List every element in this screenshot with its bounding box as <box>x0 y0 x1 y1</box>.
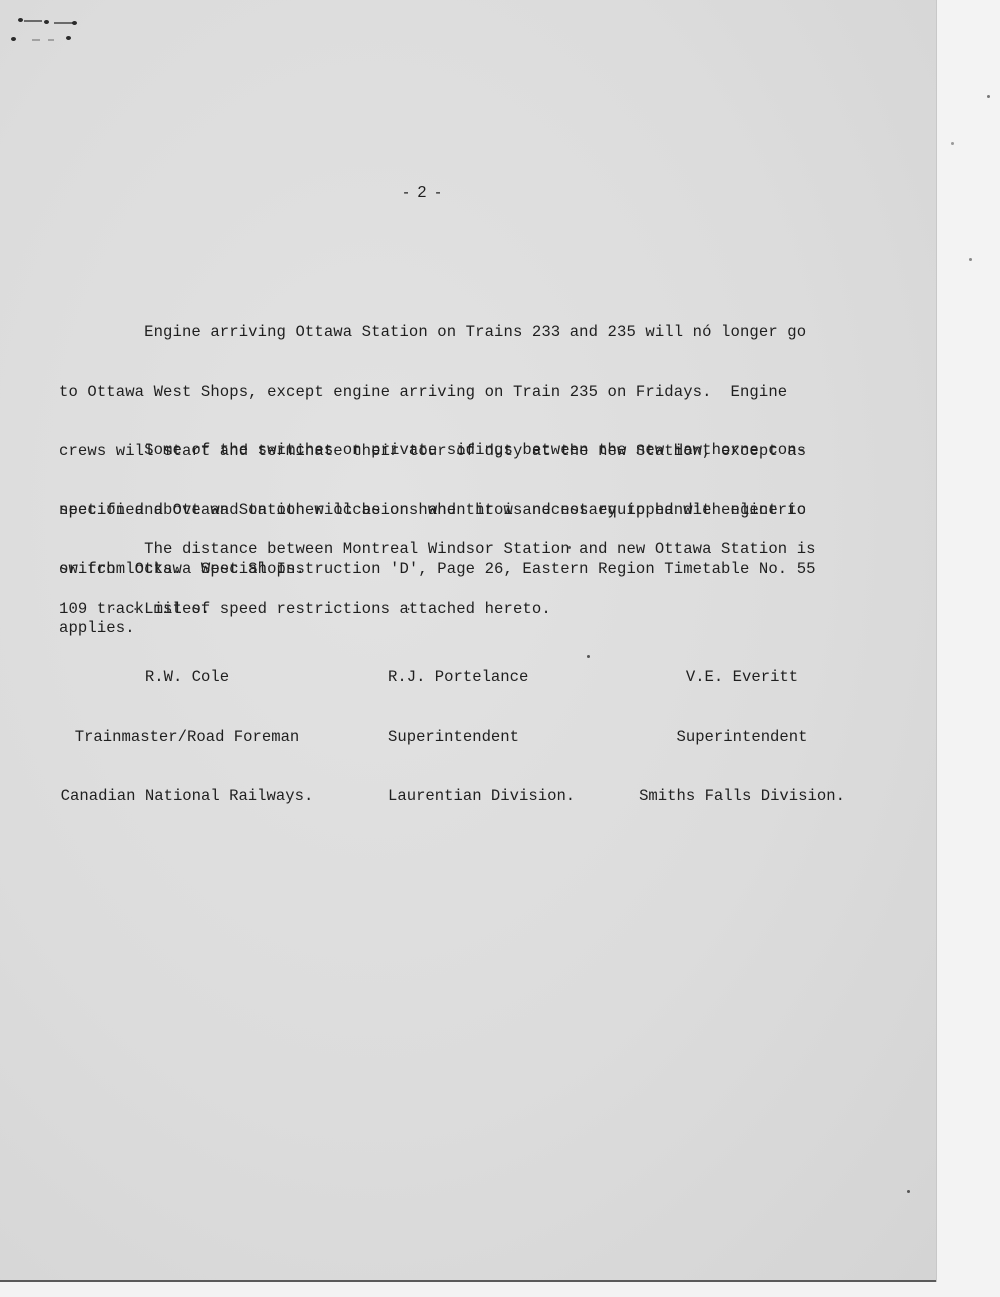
mark-dot <box>11 37 16 41</box>
paragraph-line: Some of the switches on private sidings … <box>59 441 816 461</box>
signature-block-everitt: V.E. Everitt Superintendent Smiths Falls… <box>636 629 848 846</box>
page-number: - 2 - <box>376 184 468 202</box>
background-speck <box>987 95 990 98</box>
paper-speck <box>587 655 590 658</box>
signatory-title: Superintendent <box>636 728 848 748</box>
mark-dot <box>18 18 23 22</box>
signatory-organization: Laurentian Division. <box>388 787 588 807</box>
mark-dot <box>44 20 49 24</box>
paper-speck <box>568 546 571 549</box>
mark-dash <box>32 39 40 41</box>
signature-block-portelance: R.J. Portelance Superintendent Laurentia… <box>388 629 588 846</box>
mark-dot <box>66 36 71 40</box>
mark-dash <box>24 20 42 22</box>
signatory-name: R.J. Portelance <box>388 668 588 688</box>
signature-mark: . . <box>110 600 139 614</box>
signatory-name: V.E. Everitt <box>636 668 848 688</box>
corner-punch-marks <box>8 14 78 44</box>
paragraph-line: The distance between Montreal Windsor St… <box>59 540 816 560</box>
paragraph-line: Engine arriving Ottawa Station on Trains… <box>59 323 806 343</box>
signatory-name: R.W. Cole <box>52 668 322 688</box>
signatory-organization: Smiths Falls Division. <box>636 787 848 807</box>
signatory-organization: Canadian National Railways. <box>52 787 322 807</box>
background-speck <box>951 142 954 145</box>
document-page: - 2 - Engine arriving Ottawa Station on … <box>0 0 936 1282</box>
paper-speck <box>907 1190 910 1193</box>
paragraph-line: to Ottawa West Shops, except engine arri… <box>59 383 806 403</box>
mark-dash <box>48 39 54 41</box>
signature-mark: . . <box>405 600 434 614</box>
signatory-title: Trainmaster/Road Foreman <box>52 728 322 748</box>
mark-dash <box>54 22 74 24</box>
mark-dot <box>72 21 77 25</box>
signature-block-cole: R.W. Cole Trainmaster/Road Foreman Canad… <box>52 629 322 846</box>
background-speck <box>969 258 972 261</box>
signatory-title: Superintendent <box>388 728 588 748</box>
